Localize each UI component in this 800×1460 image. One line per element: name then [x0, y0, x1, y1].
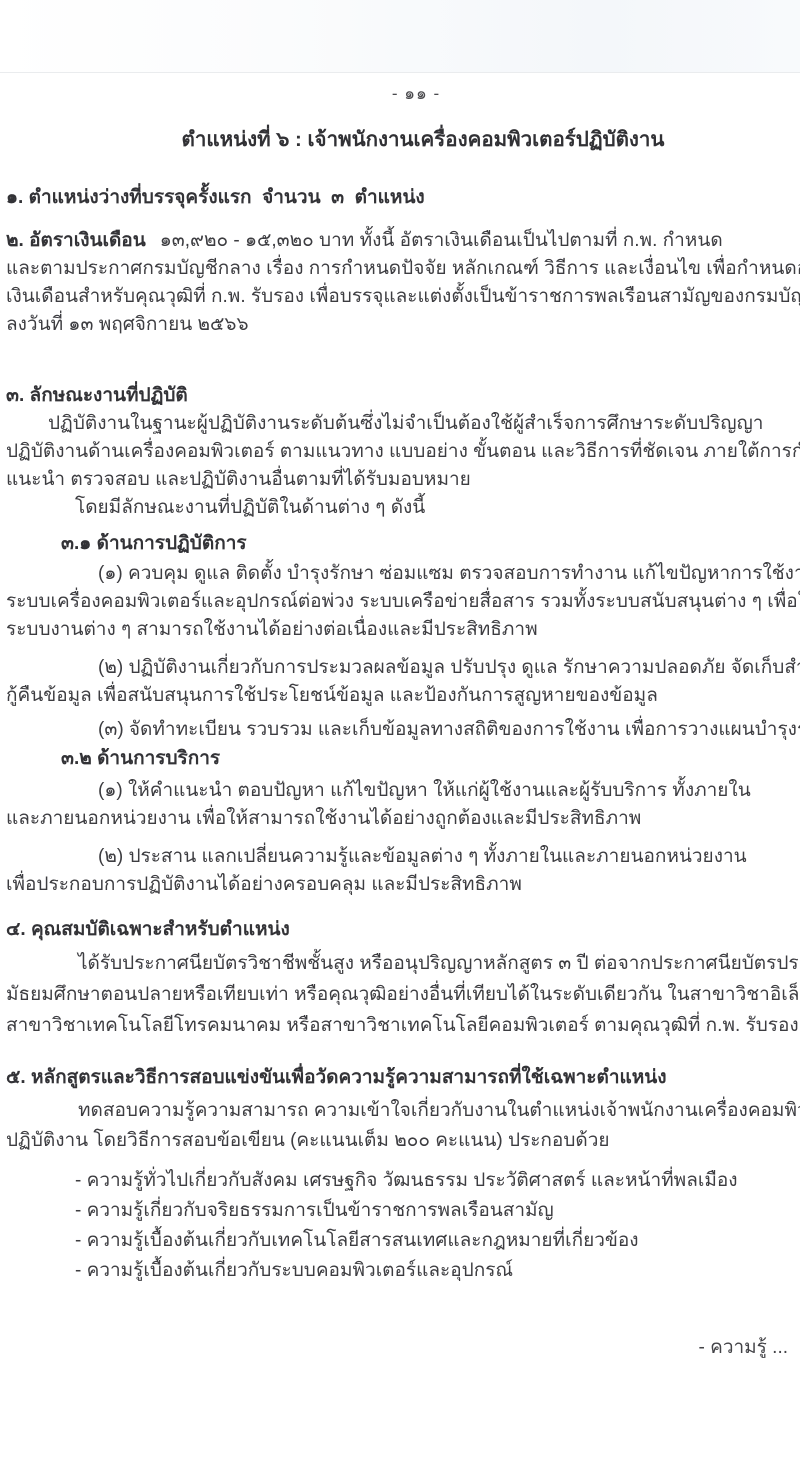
section-5-paragraph: ทดสอบความรู้ความสามารถ ความเข้าใจเกี่ยวก… — [6, 1096, 800, 1156]
section-2-heading: ๒. อัตราเงินเดือน — [6, 230, 146, 251]
section-3-1-heading: ๓.๑ ด้านการปฏิบัติการ — [6, 530, 800, 558]
bullet-item: - ความรู้เบื้องต้นเกี่ยวกับระบบคอมพิวเตอ… — [6, 1256, 800, 1286]
text-line: ระบบงานต่าง ๆ สามารถใช้งานได้อย่างต่อเนื… — [6, 616, 800, 644]
text-line: (๒) ปฏิบัติงานเกี่ยวกับการประมวลผลข้อมูล… — [6, 654, 800, 682]
text-line: ระบบเครื่องคอมพิวเตอร์และอุปกรณ์ต่อพ่วง … — [6, 588, 800, 616]
text-line: ทดสอบความรู้ความสามารถ ความเข้าใจเกี่ยวก… — [6, 1096, 800, 1126]
section-3-2-item-1: (๑) ให้คำแนะนำ ตอบปัญหา แก้ไขปัญหา ให้แก… — [6, 777, 800, 833]
section-3-paragraph: ปฏิบัติงานในฐานะผู้ปฏิบัติงานระดับต้นซึ่… — [6, 410, 800, 494]
section-3-intro: โดยมีลักษณะงานที่ปฏิบัติในด้านต่าง ๆ ดัง… — [6, 494, 800, 522]
bullet-item: - ความรู้เกี่ยวกับจริยธรรมการเป็นข้าราชก… — [6, 1196, 800, 1226]
text-line: (๒) ประสาน แลกเปลี่ยนความรู้และข้อมูลต่า… — [6, 843, 800, 871]
section-3-2-heading: ๓.๒ ด้านการบริการ — [6, 745, 800, 773]
page-title: ตำแหน่งที่ ๖ : เจ้าพนักงานเครื่องคอมพิวเ… — [46, 126, 800, 154]
text-line: ปฏิบัติงานในฐานะผู้ปฏิบัติงานระดับต้นซึ่… — [6, 410, 800, 438]
text-line: แนะนำ ตรวจสอบ และปฏิบัติงานอื่นตามที่ได้… — [6, 466, 800, 494]
section-4-paragraph: ได้รับประกาศนียบัตรวิชาชีพชั้นสูง หรืออน… — [6, 948, 800, 1041]
section-4-heading: ๔. คุณสมบัติเฉพาะสำหรับตำแหน่ง — [6, 916, 800, 944]
salary-line-3: เงินเดือนสำหรับคุณวุฒิที่ ก.พ. รับรอง เพ… — [6, 283, 800, 311]
page-number: - ๑๑ - — [0, 80, 800, 108]
scan-artifact-band — [0, 0, 800, 73]
section-3-heading: ๓. ลักษณะงานที่ปฏิบัติ — [6, 382, 800, 410]
text-line: (๓) จัดทำทะเบียน รวบรวม และเก็บข้อมูลทาง… — [6, 716, 800, 744]
text-line: และภายนอกหน่วยงาน เพื่อให้สามารถใช้งานได… — [6, 805, 800, 833]
text-line: โดยมีลักษณะงานที่ปฏิบัติในด้านต่าง ๆ ดัง… — [6, 494, 800, 522]
text-line: มัธยมศึกษาตอนปลายหรือเทียบเท่า หรือคุณวุ… — [6, 979, 800, 1010]
section-5-heading: ๕. หลักสูตรและวิธีการสอบแข่งขันเพื่อวัดค… — [6, 1064, 800, 1092]
document-page: - ๑๑ - ตำแหน่งที่ ๖ : เจ้าพนักงานเครื่อง… — [0, 0, 800, 1460]
section-1-heading: ๑. ตำแหน่งว่างที่บรรจุครั้งแรก จำนวน ๓ ต… — [6, 184, 800, 212]
bullet-item: - ความรู้ทั่วไปเกี่ยวกับสังคม เศรษฐกิจ ว… — [6, 1166, 800, 1196]
salary-amounts: ๑๓,๙๒๐ - ๑๕,๓๒๐ บาท ทั้งนี้ อัตราเงินเดื… — [160, 230, 723, 251]
text-line: (๑) ให้คำแนะนำ ตอบปัญหา แก้ไขปัญหา ให้แก… — [6, 777, 800, 805]
text-line: ปฏิบัติงานด้านเครื่องคอมพิวเตอร์ ตามแนวท… — [6, 438, 800, 466]
salary-line-1: ๒. อัตราเงินเดือน๑๓,๙๒๐ - ๑๕,๓๒๐ บาท ทั้… — [6, 227, 800, 255]
text-line: สาขาวิชาเทคโนโลยีโทรคมนาคม หรือสาขาวิชาเ… — [6, 1010, 800, 1041]
section-3-1-item-3: (๓) จัดทำทะเบียน รวบรวม และเก็บข้อมูลทาง… — [6, 716, 800, 744]
section-2-salary: ๒. อัตราเงินเดือน๑๓,๙๒๐ - ๑๕,๓๒๐ บาท ทั้… — [6, 227, 800, 339]
page-continuation-mark: - ความรู้ ... — [0, 1334, 788, 1362]
text-line: ได้รับประกาศนียบัตรวิชาชีพชั้นสูง หรืออน… — [6, 948, 800, 979]
text-line: ปฏิบัติงาน โดยวิธีการสอบข้อเขียน (คะแนนเ… — [6, 1126, 800, 1156]
text-line: กู้คืนข้อมูล เพื่อสนับสนุนการใช้ประโยชน์… — [6, 682, 800, 710]
salary-line-4: ลงวันที่ ๑๓ พฤศจิกายน ๒๕๖๖ — [6, 311, 800, 339]
section-3-2-item-2: (๒) ประสาน แลกเปลี่ยนความรู้และข้อมูลต่า… — [6, 843, 800, 899]
text-line: เพื่อประกอบการปฏิบัติงานได้อย่างครอบคลุม… — [6, 871, 800, 899]
section-3-1-item-2: (๒) ปฏิบัติงานเกี่ยวกับการประมวลผลข้อมูล… — [6, 654, 800, 710]
section-3-1-item-1: (๑) ควบคุม ดูแล ติดตั้ง บำรุงรักษา ซ่อมแ… — [6, 560, 800, 644]
bullet-item: - ความรู้เบื้องต้นเกี่ยวกับเทคโนโลยีสารส… — [6, 1226, 800, 1256]
text-line: (๑) ควบคุม ดูแล ติดตั้ง บำรุงรักษา ซ่อมแ… — [6, 560, 800, 588]
salary-line-2: และตามประกาศกรมบัญชีกลาง เรื่อง การกำหนด… — [6, 255, 800, 283]
section-5-bullet-list: - ความรู้ทั่วไปเกี่ยวกับสังคม เศรษฐกิจ ว… — [6, 1166, 800, 1286]
